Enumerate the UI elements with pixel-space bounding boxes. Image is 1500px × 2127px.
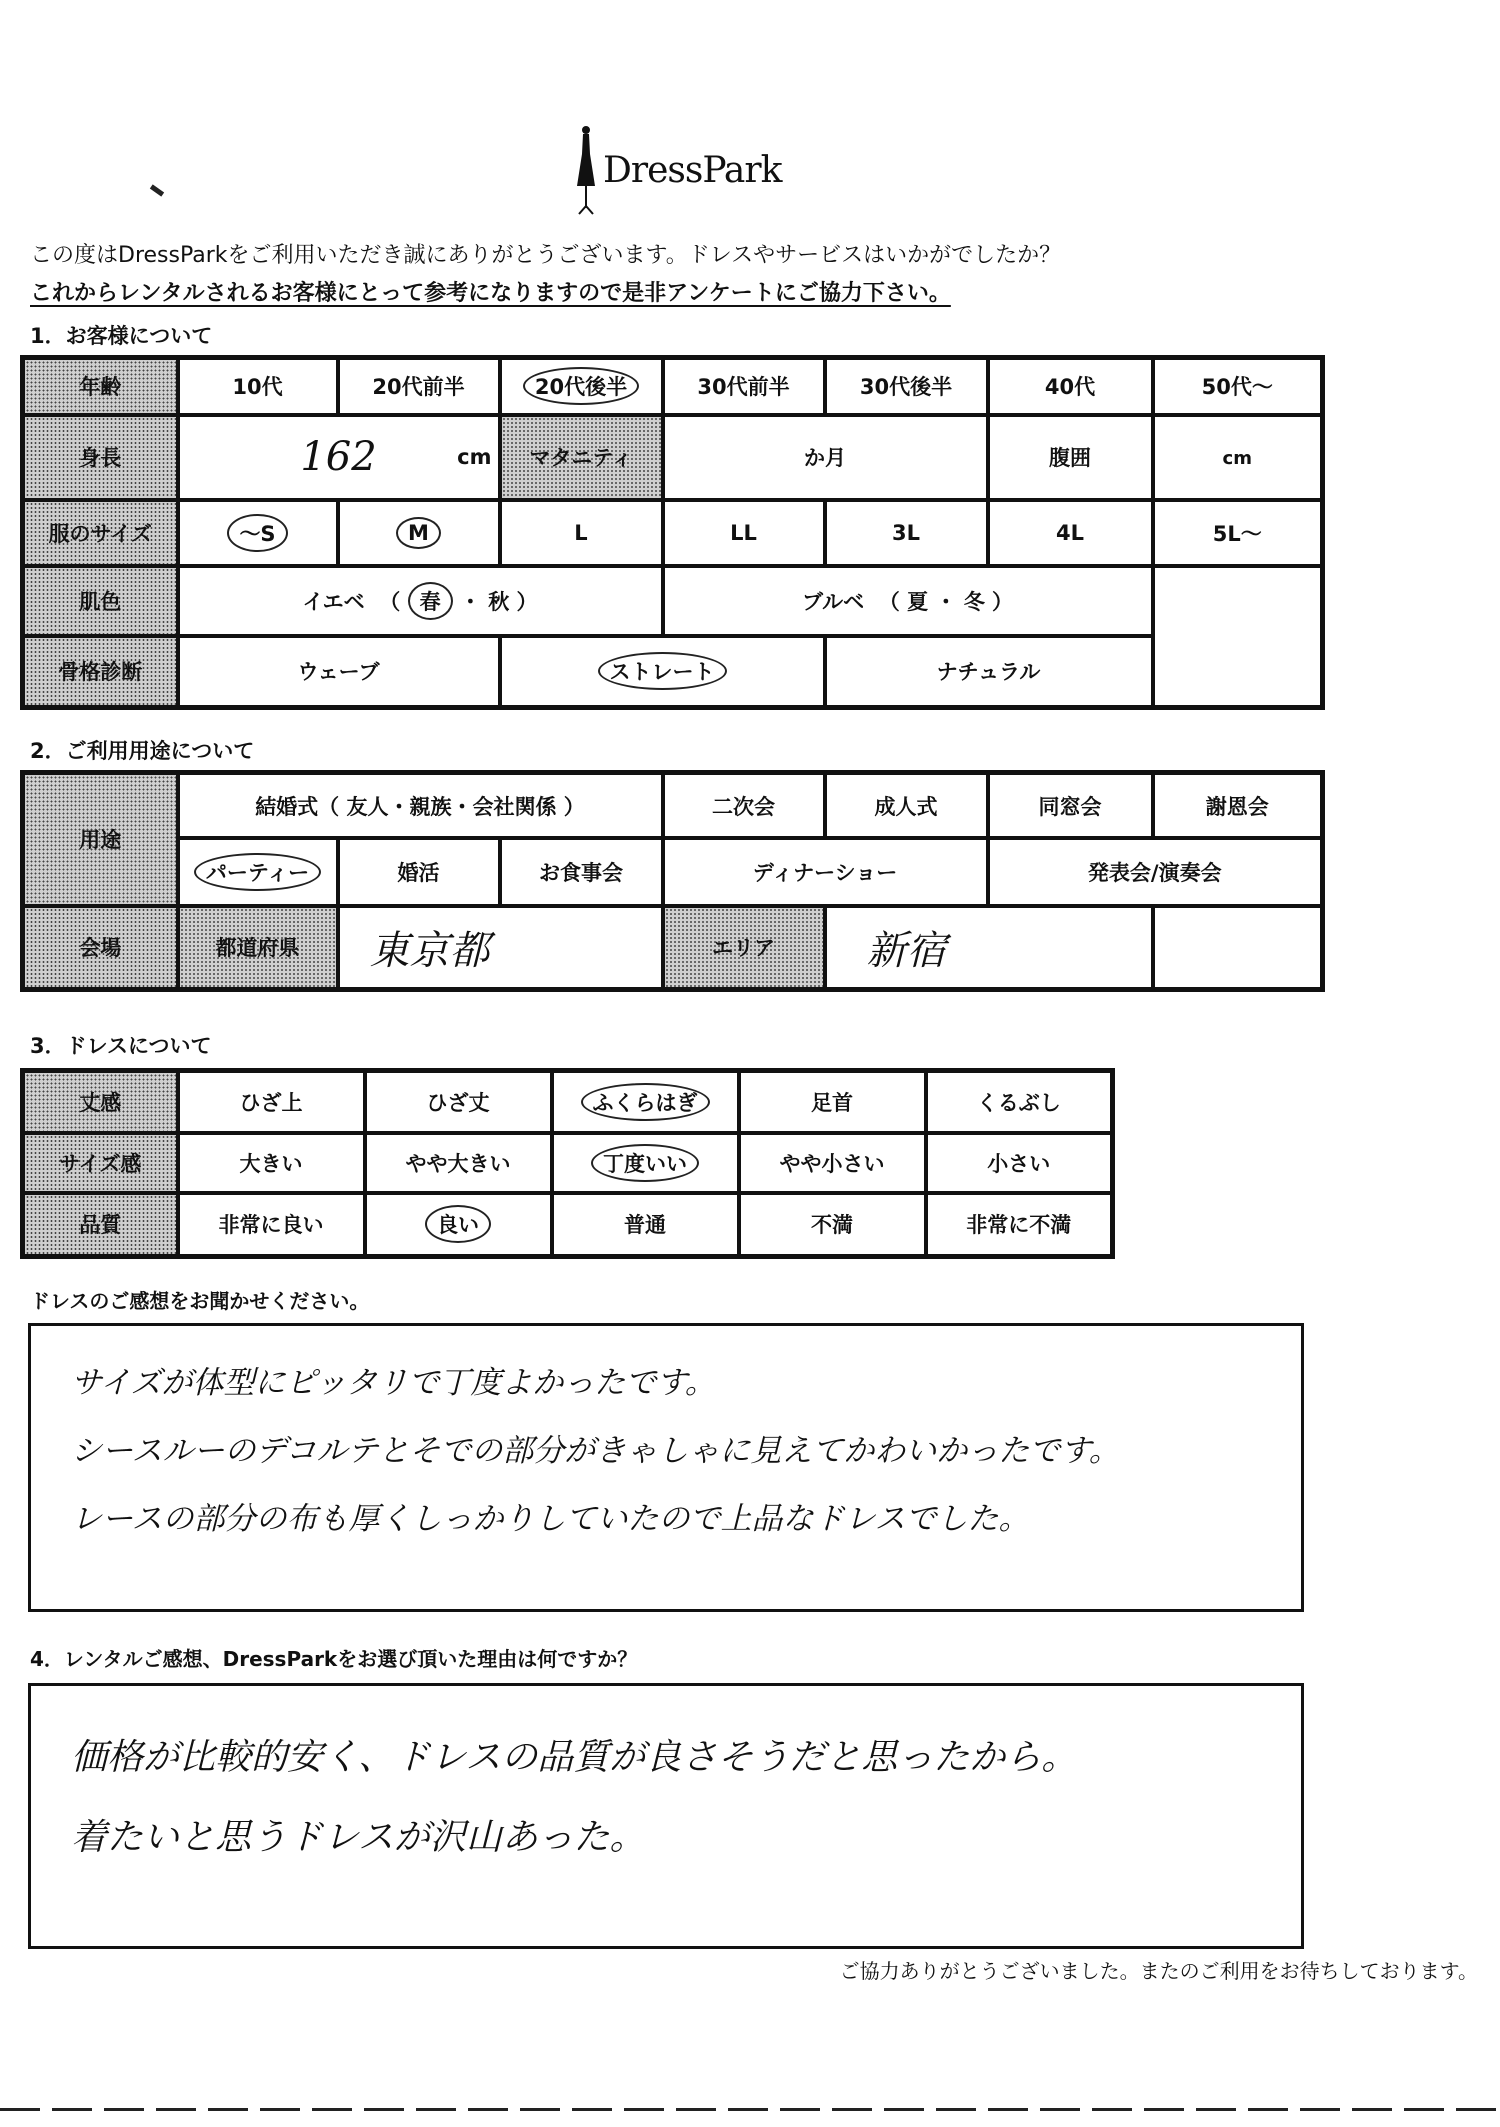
selection-circle[interactable]: 春 <box>408 582 453 620</box>
size-option[interactable]: LL <box>663 500 825 566</box>
waist-unit: cm <box>1223 448 1252 469</box>
usage-option[interactable]: 二次会 <box>663 773 825 839</box>
venue-row: 会場 都道府県 東京都 エリア 新宿 <box>23 906 1323 990</box>
section3-title: 3．ドレスについて <box>30 1030 212 1060</box>
dress-table: 丈感 ひざ上 ひざ丈 ふくらはぎ 足首 くるぶし サイズ感 大きい やや大きい … <box>20 1068 1115 1259</box>
impression-line: シースルーのデコルテとそでの部分がきゃしゃに見えてかわいかったです。 <box>71 1424 1120 1478</box>
impression-line: レースの部分の布も厚くしっかりしていたので上品なドレスでした。 <box>71 1492 1030 1546</box>
fit-option[interactable]: 大きい <box>178 1133 365 1193</box>
length-option-selected[interactable]: ふくらはぎ <box>552 1071 739 1133</box>
usage-option[interactable]: 結婚式（ 友人・親族・会社関係 ） <box>178 773 663 839</box>
fit-option[interactable]: やや大きい <box>365 1133 552 1193</box>
months-unit: か月 <box>804 446 846 470</box>
scan-mark <box>150 184 164 196</box>
skin-row: 肌色 イエベ （ 春 ・ 秋 ） ブルベ （ 夏 ・ 冬 ） <box>23 566 1323 636</box>
size-option[interactable]: 3L <box>825 500 988 566</box>
age-option[interactable]: 40代 <box>988 358 1153 415</box>
maternity-months-field[interactable]: か月 <box>663 415 988 500</box>
skeleton-row: 骨格診断 ウェーブ ストレート ナチュラル <box>23 636 1323 708</box>
selection-circle: 良い <box>425 1205 491 1243</box>
usage-option[interactable]: 同窓会 <box>988 773 1153 839</box>
selection-circle: ストレート <box>598 652 727 690</box>
selection-circle: M <box>396 517 441 549</box>
usage-option[interactable]: 謝恩会 <box>1153 773 1323 839</box>
logo: DressPark <box>575 125 781 215</box>
intro-text: この度はDressParkをご利用いただき誠にありがとうございます。ドレスやサー… <box>30 238 1061 269</box>
fit-option-selected[interactable]: 丁度いい <box>552 1133 739 1193</box>
quality-row: 品質 非常に良い 良い 普通 不満 非常に不満 <box>23 1193 1113 1257</box>
fit-option[interactable]: 小さい <box>926 1133 1113 1193</box>
prefecture-label: 都道府県 <box>178 906 338 990</box>
size-option-selected[interactable]: ～S <box>178 500 338 566</box>
reason-line: 着たいと思うドレスが沢山あった。 <box>71 1811 646 1865</box>
selection-circle: ～S <box>227 514 287 552</box>
skin-option[interactable]: 夏 <box>907 590 928 614</box>
usage-row-2: パーティー 婚活 お食事会 ディナーショー 発表会/演奏会 <box>23 838 1323 906</box>
blue-base-label: ブルベ <box>802 590 864 614</box>
selection-circle: ふくらはぎ <box>581 1083 710 1121</box>
length-option[interactable]: くるぶし <box>926 1071 1113 1133</box>
fit-label: サイズ感 <box>23 1133 178 1193</box>
age-row: 年齢 10代 20代前半 20代後半 30代前半 30代後半 40代 50代～ <box>23 358 1323 415</box>
paren-close: ） <box>992 590 1013 614</box>
size-option[interactable]: 5L～ <box>1153 500 1323 566</box>
venue-label: 会場 <box>23 906 178 990</box>
paren-open: （ <box>379 590 400 614</box>
prefecture-field[interactable]: 東京都 <box>338 906 663 990</box>
skeleton-option[interactable]: ウェーブ <box>178 636 500 708</box>
age-label: 年齢 <box>23 358 178 415</box>
selection-circle: 丁度いい <box>591 1144 699 1182</box>
usage-option[interactable]: 発表会/演奏会 <box>988 838 1323 906</box>
impression-line: サイズが体型にピッタリで丁度よかったです。 <box>71 1356 716 1410</box>
paren-open: （ <box>879 590 900 614</box>
empty-cell <box>1153 636 1323 708</box>
paren-close: ） <box>517 590 538 614</box>
blue-base-option[interactable]: ブルベ （ 夏 ・ 冬 ） <box>663 566 1153 636</box>
reason-textbox[interactable]: 価格が比較的安く、ドレスの品質が良さそうだと思ったから。 着たいと思うドレスが沢… <box>28 1683 1304 1949</box>
fit-row: サイズ感 大きい やや大きい 丁度いい やや小さい 小さい <box>23 1133 1113 1193</box>
yellow-base-label: イエベ <box>302 590 364 614</box>
reason-line: 価格が比較的安く、ドレスの品質が良さそうだと思ったから。 <box>71 1731 1077 1785</box>
height-label: 身長 <box>23 415 178 500</box>
brand-name: DressPark <box>603 150 781 191</box>
area-value: 新宿 <box>867 928 947 974</box>
section1-title: 1．お客様について <box>30 320 212 350</box>
yellow-base-option[interactable]: イエベ （ 春 ・ 秋 ） <box>178 566 663 636</box>
length-row: 丈感 ひざ上 ひざ丈 ふくらはぎ 足首 くるぶし <box>23 1071 1113 1133</box>
length-option[interactable]: 足首 <box>739 1071 926 1133</box>
usage-option[interactable]: お食事会 <box>500 838 663 906</box>
quality-label: 品質 <box>23 1193 178 1257</box>
section2-title: 2．ご利用用途について <box>30 735 254 765</box>
section4-title: 4．レンタルご感想、DressParkをお選び頂いた理由は何ですか？ <box>30 1643 637 1672</box>
age-option[interactable]: 30代後半 <box>825 358 988 415</box>
quality-option[interactable]: 不満 <box>739 1193 926 1257</box>
quality-option-selected[interactable]: 良い <box>365 1193 552 1257</box>
separator: ・ <box>460 590 481 614</box>
size-option[interactable]: 4L <box>988 500 1153 566</box>
usage-option-selected[interactable]: パーティー <box>178 838 338 906</box>
skeleton-label: 骨格診断 <box>23 636 178 708</box>
length-label: 丈感 <box>23 1071 178 1133</box>
maternity-label: マタニティ <box>500 415 663 500</box>
size-option-selected[interactable]: M <box>338 500 500 566</box>
age-option[interactable]: 30代前半 <box>663 358 825 415</box>
usage-table: 用途 結婚式（ 友人・親族・会社関係 ） 二次会 成人式 同窓会 謝恩会 パーテ… <box>20 770 1325 992</box>
waist-label: 腹囲 <box>988 415 1153 500</box>
height-field[interactable]: 162 cm <box>178 415 500 500</box>
age-option[interactable]: 20代前半 <box>338 358 500 415</box>
skin-option[interactable]: 秋 <box>488 590 509 614</box>
age-option[interactable]: 10代 <box>178 358 338 415</box>
area-field[interactable]: 新宿 <box>825 906 1153 990</box>
length-option[interactable]: ひざ丈 <box>365 1071 552 1133</box>
skeleton-option-selected[interactable]: ストレート <box>500 636 825 708</box>
usage-option[interactable]: 成人式 <box>825 773 988 839</box>
empty-cell <box>1153 906 1323 990</box>
length-option[interactable]: ひざ上 <box>178 1071 365 1133</box>
prefecture-value: 東京都 <box>370 928 490 974</box>
height-row: 身長 162 cm マタニティ か月 腹囲 cm <box>23 415 1323 500</box>
size-label: 服のサイズ <box>23 500 178 566</box>
empty-cell <box>1153 566 1323 636</box>
fit-option[interactable]: やや小さい <box>739 1133 926 1193</box>
size-row: 服のサイズ ～S M L LL 3L 4L 5L～ <box>23 500 1323 566</box>
skin-option[interactable]: 冬 <box>964 590 985 614</box>
size-option[interactable]: L <box>500 500 663 566</box>
skin-label: 肌色 <box>23 566 178 636</box>
usage-row-1: 用途 結婚式（ 友人・親族・会社関係 ） 二次会 成人式 同窓会 謝恩会 <box>23 773 1323 839</box>
quality-option[interactable]: 普通 <box>552 1193 739 1257</box>
area-label: エリア <box>663 906 825 990</box>
usage-option[interactable]: ディナーショー <box>663 838 988 906</box>
height-unit: cm <box>457 445 491 469</box>
quality-option[interactable]: 非常に不満 <box>926 1193 1113 1257</box>
scan-edge-line <box>0 2108 1500 2111</box>
intro-request: これからレンタルされるお客様にとって参考になりますので是非アンケートにご協力下さ… <box>30 276 951 307</box>
footer-thanks: ご協力ありがとうございました。またのご利用をお待ちしております。 <box>840 1955 1478 1984</box>
age-option[interactable]: 50代～ <box>1153 358 1323 415</box>
impression-prompt: ドレスのご感想をお聞かせください。 <box>30 1285 369 1314</box>
waist-field[interactable]: cm <box>1153 415 1323 500</box>
quality-option[interactable]: 非常に良い <box>178 1193 365 1257</box>
usage-label: 用途 <box>23 773 178 906</box>
height-value: 162 <box>300 434 376 480</box>
customer-table: 年齢 10代 20代前半 20代後半 30代前半 30代後半 40代 50代～ … <box>20 355 1325 710</box>
selection-circle: 20代後半 <box>523 367 639 405</box>
age-option-selected[interactable]: 20代後半 <box>500 358 663 415</box>
skeleton-option[interactable]: ナチュラル <box>825 636 1153 708</box>
impression-textbox[interactable]: サイズが体型にピッタリで丁度よかったです。 シースルーのデコルテとそでの部分がき… <box>28 1323 1304 1612</box>
dress-mannequin-icon <box>575 124 597 216</box>
usage-option[interactable]: 婚活 <box>338 838 500 906</box>
selection-circle: パーティー <box>194 853 321 891</box>
separator: ・ <box>935 590 956 614</box>
